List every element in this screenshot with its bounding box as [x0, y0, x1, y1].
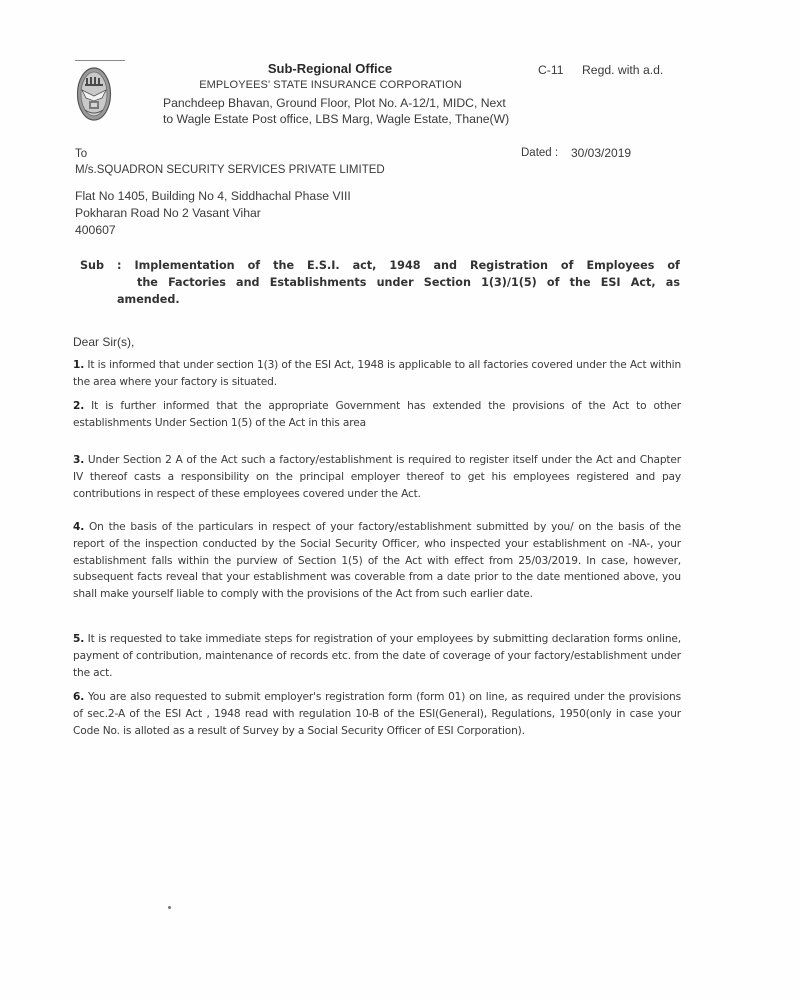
paragraph-text: Under Section 2 A of the Act such a fact…	[73, 454, 681, 500]
recipient-name: M/s.SQUADRON SECURITY SERVICES PRIVATE L…	[75, 164, 385, 176]
subject-word: ESI	[601, 274, 621, 291]
paragraph-text: You are also requested to submit employe…	[73, 691, 681, 737]
header-rule	[75, 60, 125, 61]
subject-word: the	[137, 274, 158, 291]
office-address-line-1: Panchdeep Bhavan, Ground Floor, Plot No.…	[163, 96, 506, 110]
subject-word: Section	[424, 274, 471, 291]
recipient-address-line-1: Flat No 1405, Building No 4, Siddhachal …	[75, 189, 351, 203]
subject-word: of	[667, 257, 680, 274]
date-label: Dated :	[521, 147, 558, 159]
form-code: C-11	[538, 63, 564, 77]
subject-word: under	[377, 274, 414, 291]
paragraph-number: 4.	[73, 521, 84, 533]
subject-word: 1(3)/1(5)	[481, 274, 537, 291]
subject-line-1: Sub : ImplementationoftheE.S.I.act,1948a…	[80, 257, 680, 274]
paragraph-number: 3.	[73, 454, 84, 466]
subject-word: the	[273, 257, 294, 274]
subject-line-3: amended.	[80, 291, 680, 308]
subject-block: Sub : ImplementationoftheE.S.I.act,1948a…	[80, 257, 680, 308]
date-value: 30/03/2019	[571, 146, 631, 160]
paragraph-number: 5.	[73, 633, 84, 645]
scan-speck	[168, 906, 171, 909]
office-title: Sub-Regional Office	[250, 61, 410, 76]
paragraph-5: 5. It is requested to take immediate ste…	[73, 631, 681, 681]
paragraph-text: It is requested to take immediate steps …	[73, 633, 681, 679]
subject-separator: :	[117, 257, 121, 274]
paragraph-text: It is further informed that the appropri…	[73, 400, 681, 429]
recipient-address-line-2: Pokharan Road No 2 Vasant Vihar	[75, 206, 261, 220]
paragraph-6: 6. You are also requested to submit empl…	[73, 689, 681, 739]
subject-word: Registration	[470, 257, 548, 274]
paragraph-number: 2.	[73, 400, 84, 412]
subject-word: Factories	[168, 274, 226, 291]
subject-word: Establishments	[270, 274, 367, 291]
subject-word: Employees	[586, 257, 654, 274]
esic-emblem-icon	[76, 66, 112, 122]
subject-word: Act,	[631, 274, 656, 291]
subject-word: of	[248, 257, 261, 274]
subject-word: the	[570, 274, 591, 291]
subject-word: Implementation	[134, 257, 234, 274]
salutation: Dear Sir(s),	[73, 335, 134, 349]
delivery-mode: Regd. with a.d.	[582, 63, 663, 77]
subject-line-2: theFactoriesandEstablishmentsunderSectio…	[80, 274, 680, 291]
paragraph-number: 6.	[73, 691, 84, 703]
paragraph-2: 2. It is further informed that the appro…	[73, 398, 681, 432]
subject-word: 1948	[389, 257, 420, 274]
subject-word: and	[236, 274, 260, 291]
subject-word: E.S.I.	[307, 257, 340, 274]
subject-label: Sub	[80, 257, 104, 274]
paragraph-3: 3. Under Section 2 A of the Act such a f…	[73, 452, 681, 502]
paragraph-4: 4. On the basis of the particulars in re…	[73, 519, 681, 603]
subject-word: act,	[353, 257, 377, 274]
subject-word: of	[547, 274, 560, 291]
subject-word: of	[561, 257, 574, 274]
paragraph-1: 1. It is informed that under section 1(3…	[73, 357, 681, 391]
paragraph-text: On the basis of the particulars in respe…	[73, 521, 681, 600]
subject-word: and	[433, 257, 457, 274]
recipient-pincode: 400607	[75, 223, 116, 237]
letter-page: Sub-Regional Office EMPLOYEES' STATE INS…	[0, 0, 800, 1000]
organization-name: EMPLOYEES' STATE INSURANCE CORPORATION	[163, 79, 498, 91]
office-address-line-2: to Wagle Estate Post office, LBS Marg, W…	[163, 112, 509, 126]
to-label: To	[75, 148, 87, 160]
subject-word: as	[666, 274, 680, 291]
paragraph-text: It is informed that under section 1(3) o…	[73, 359, 681, 388]
paragraph-number: 1.	[73, 359, 84, 371]
